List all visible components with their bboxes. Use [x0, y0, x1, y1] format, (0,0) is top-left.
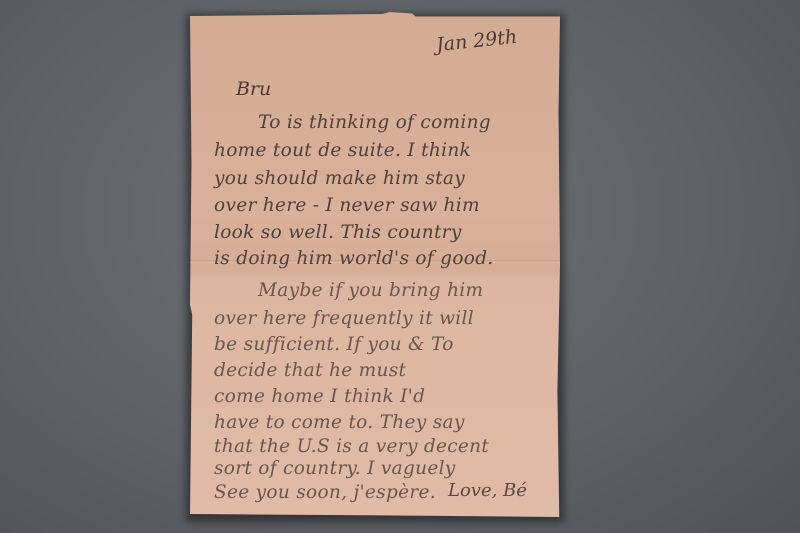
letter-line: be sufficient. If you & To — [214, 334, 454, 355]
handwritten-letter: Jan 29th Bru To is thinking of coming ho… — [190, 12, 560, 517]
letter-line: home tout de suite. I think — [214, 140, 471, 161]
letter-line: decide that he must — [214, 360, 406, 381]
letter-line: See you soon, j'espère. — [214, 482, 436, 503]
letter-salutation: Bru — [236, 78, 271, 100]
letter-line: Maybe if you bring him — [258, 280, 483, 301]
letter-line: that the U.S is a very decent — [214, 436, 489, 457]
letter-line: over here frequently it will — [214, 308, 474, 329]
letter-line: come home I think I'd — [214, 386, 425, 407]
letter-signoff: Love, Bé — [448, 480, 527, 501]
letter-line: To is thinking of coming — [258, 112, 491, 133]
letter-writing: Jan 29th Bru To is thinking of coming ho… — [190, 12, 560, 517]
letter-line: sort of country. I vaguely — [214, 458, 456, 479]
letter-date: Jan 29th — [435, 26, 518, 56]
letter-line: you should make him stay — [214, 168, 465, 189]
letter-line: have to come to. They say — [214, 412, 465, 433]
letter-line: look so well. This country — [214, 222, 462, 243]
letter-line: over here - I never saw him — [214, 195, 480, 216]
letter-line: is doing him world's of good. — [214, 248, 494, 269]
